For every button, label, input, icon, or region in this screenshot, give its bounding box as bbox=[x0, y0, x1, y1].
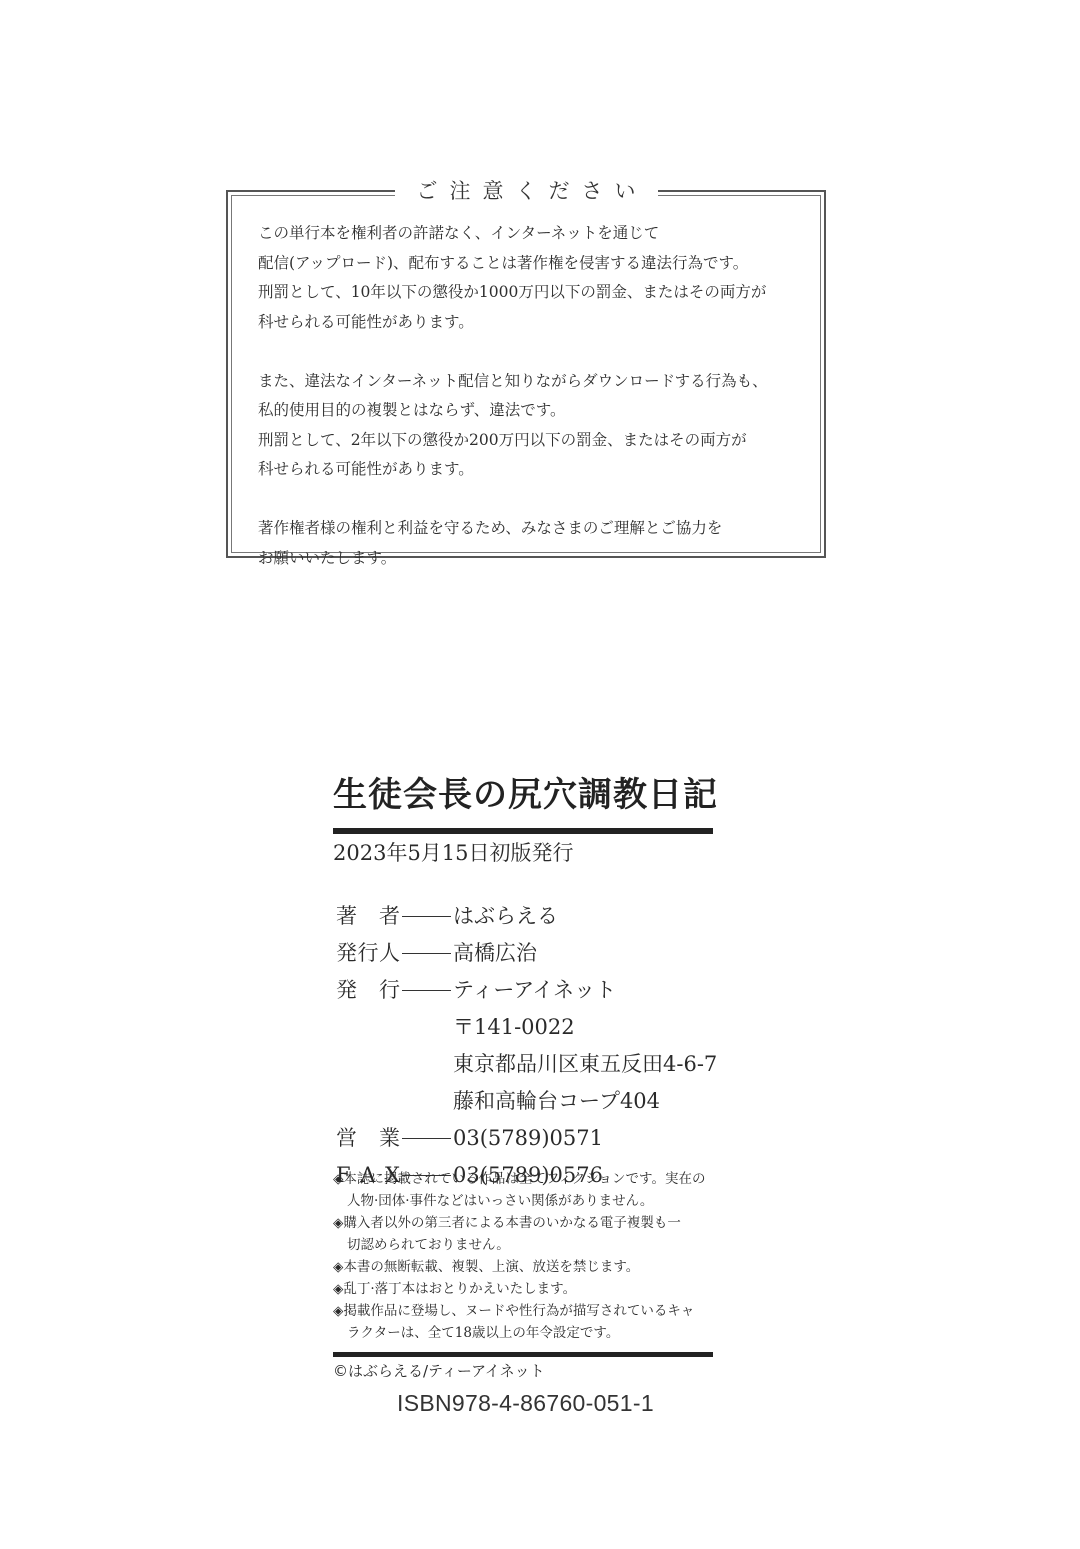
publisher-person-name: 高橋広治 bbox=[453, 935, 537, 972]
publisher-name: ティーアイネット bbox=[453, 972, 616, 1009]
book-title: 生徒会長の尻穴調教日記 bbox=[333, 775, 718, 815]
credit-label: 発行人 bbox=[336, 935, 400, 972]
dash-divider bbox=[402, 972, 451, 991]
credit-label: 営業 bbox=[336, 1120, 400, 1157]
credit-label: 著者 bbox=[336, 898, 400, 935]
title-divider bbox=[333, 828, 713, 834]
copyright-line: ©はぶらえる/ティーアイネット bbox=[333, 1360, 545, 1381]
credit-publisher-person: 発行人 高橋広治 bbox=[336, 935, 717, 972]
notice-paragraph-request: 著作権者様の権利と利益を守るため、みなさまのご理解とご協力を お願いいたします。 bbox=[258, 514, 804, 573]
credit-author: 著者 はぶらえる bbox=[336, 898, 717, 935]
author-name: はぶらえる bbox=[453, 898, 558, 935]
address-line-1: 東京都品川区東五反田4-6-7 bbox=[336, 1046, 717, 1083]
note-misprint: ◈乱丁·落丁本はおとりかえいたします。 bbox=[333, 1278, 723, 1300]
credit-publisher: 発行 ティーアイネット bbox=[336, 972, 717, 1009]
legal-notes: ◈本誌に掲載されている作品は全てフィクションです。実在の人物·団体·事件などはい… bbox=[333, 1168, 723, 1344]
note-reproduction: ◈本書の無断転載、複製、上演、放送を禁じます。 bbox=[333, 1256, 723, 1278]
notice-paragraph-download: また、違法なインターネット配信と知りながらダウンロードする行為も、 私的使用目的… bbox=[258, 367, 804, 485]
dash-divider bbox=[402, 935, 451, 954]
notice-body: この単行本を権利者の許諾なく、インターネットを通じて 配信(アップロード)、配布… bbox=[258, 219, 804, 603]
postal-code: 〒141-0022 bbox=[336, 1009, 717, 1046]
contact-sales: 営業 03(5789)0571 bbox=[336, 1120, 717, 1157]
bottom-divider bbox=[333, 1352, 713, 1357]
credits: 著者 はぶらえる 発行人 高橋広治 発行 ティーアイネット 〒141-0022 … bbox=[336, 898, 717, 1194]
sales-phone: 03(5789)0571 bbox=[453, 1120, 603, 1157]
note-age: ◈掲載作品に登場し、ヌードや性行為が描写されているキャラクターは、全て18歳以上… bbox=[333, 1300, 723, 1344]
dash-divider bbox=[402, 898, 451, 917]
note-digital-copy: ◈購入者以外の第三者による本書のいかなる電子複製も一切認められておりません。 bbox=[333, 1212, 723, 1256]
isbn: ISBN978-4-86760-051-1 bbox=[397, 1390, 654, 1417]
address-line-2: 藤和高輪台コープ404 bbox=[336, 1083, 717, 1120]
colophon-header: 生徒会長の尻穴調教日記 2023年5月15日初版発行 bbox=[333, 775, 718, 867]
credit-label: 発行 bbox=[336, 972, 400, 1009]
dash-divider bbox=[402, 1120, 451, 1139]
notice-title: ご注意ください bbox=[228, 175, 824, 205]
edition-date: 2023年5月15日初版発行 bbox=[333, 837, 718, 867]
copyright-notice-box: ご注意ください この単行本を権利者の許諾なく、インターネットを通じて 配信(アッ… bbox=[226, 190, 826, 558]
notice-paragraph-upload: この単行本を権利者の許諾なく、インターネットを通じて 配信(アップロード)、配布… bbox=[258, 219, 804, 337]
note-fiction: ◈本誌に掲載されている作品は全てフィクションです。実在の人物·団体·事件などはい… bbox=[333, 1168, 723, 1212]
